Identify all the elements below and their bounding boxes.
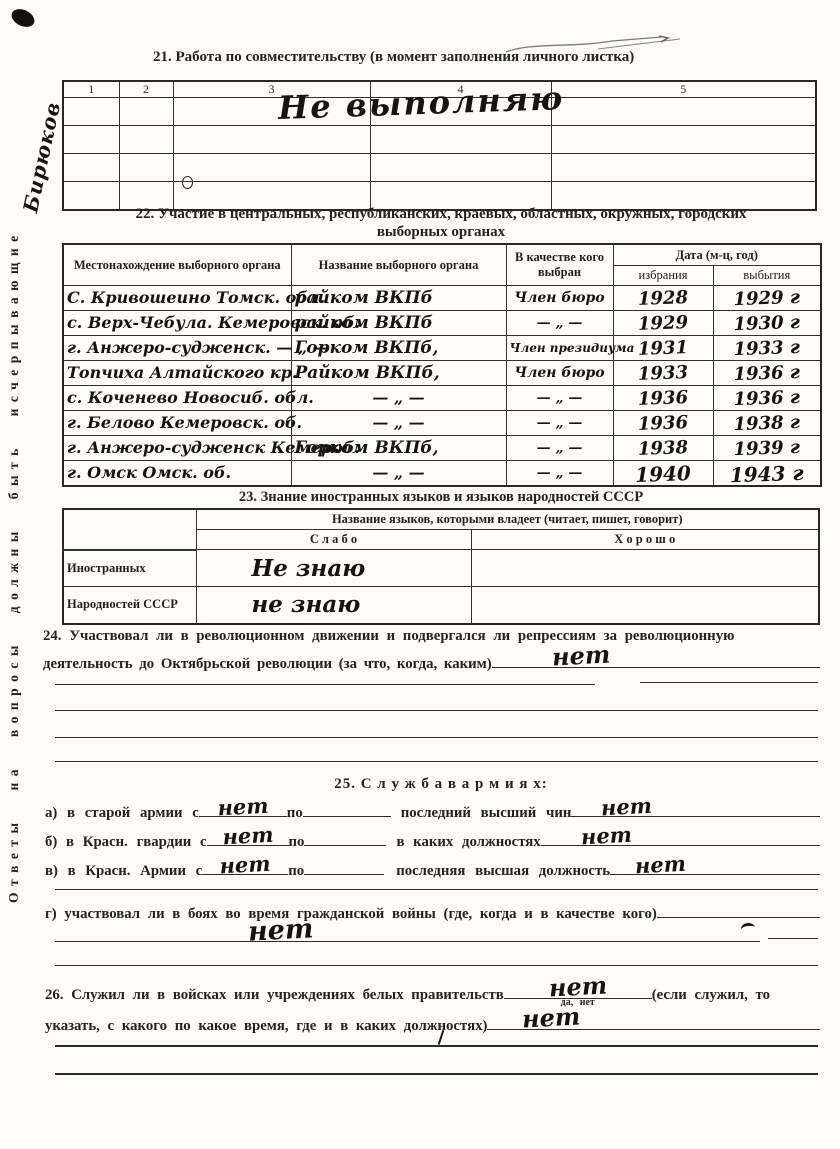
header-role: В качестве кого выбран [506, 244, 613, 286]
header-date: Дата (м-ц, год) [613, 244, 821, 266]
blank-rule [768, 938, 818, 939]
blank-line [303, 801, 391, 817]
table23-header-row: Название языков, которыми владеет (читае… [63, 509, 819, 530]
cell-place: с. Верх-Чебула. Кемеровск. об. [63, 311, 291, 336]
cell-organ: райком ВКПб [291, 311, 506, 336]
section22-table: Местонахождение выборного органа Названи… [62, 243, 822, 487]
col-number: 2 [119, 81, 173, 98]
section22-title-line2: выборных органах [62, 224, 820, 241]
cell-elected: 1931 [613, 334, 714, 362]
item-mid: по [289, 834, 305, 851]
cell-left: 1936 г [713, 384, 822, 413]
item-tail: последняя высшая должность [396, 863, 610, 880]
section24-text2: деятельность до Октябрьской революции (з… [43, 656, 492, 673]
header-left: выбытия [713, 266, 821, 286]
table-row [63, 154, 816, 182]
section24-line2: деятельность до Октябрьской революции (з… [43, 652, 820, 673]
cell-elected: 1936 [613, 409, 714, 437]
section23-table: Название языков, которыми владеет (читае… [62, 508, 820, 625]
section23-title: 23. Знание иностранных языков и языков н… [62, 489, 820, 506]
cell-place: г. Анжеро-судженск. — „ — [63, 336, 291, 361]
cell-left: 1938 г [713, 409, 822, 438]
section22-title: 22. Участие в центральных, республиканск… [62, 206, 820, 223]
row-label: Народностей СССР [63, 587, 196, 624]
item-prefix: б) в Красн. гвардии с [45, 834, 207, 851]
cell-role: Член президиума [506, 336, 613, 361]
header-place: Местонахождение выборного органа [63, 244, 291, 286]
cell-role: — „ — [506, 436, 613, 461]
cell-weak: Не знаю [196, 550, 471, 587]
item-prefix: в) в Красн. Армии с [45, 863, 202, 880]
cell-role: — „ — [506, 411, 613, 436]
item-g-text: г) участвовал ли в боях во время граждан… [45, 906, 657, 923]
row-label: Иностранных [63, 550, 196, 587]
answer-line: нет [202, 859, 288, 875]
cell-role: Член бюро [506, 286, 613, 311]
cell-place: с. Коченево Новосиб. обл. [63, 386, 291, 411]
cell-good [471, 587, 819, 624]
cell-good [471, 550, 819, 587]
answer-line: нет да, нет [504, 983, 652, 999]
section26-line1: 26. Служил ли в войсках или учреждениях … [45, 983, 820, 1004]
table-row: С. Кривошеино Томск. обл. райком ВКПб Чл… [63, 286, 821, 311]
blank-line [304, 830, 386, 846]
blank-rule [55, 761, 818, 762]
section26-line2: указать, с какого по какое время, где и … [45, 1014, 820, 1035]
blank-rule [55, 941, 760, 942]
margin-note-vertical: Ответы на вопросы должны быть исчерпываю… [6, 229, 22, 903]
section26-answer2: нет [522, 1001, 582, 1033]
cell-organ: Горком ВКПб, [291, 336, 506, 361]
blank-rule [55, 1045, 818, 1047]
cell-elected: 1933 [613, 359, 714, 387]
section25-item-b: б) в Красн. гвардии с нет по в каких дол… [45, 830, 820, 851]
col-number: 1 [63, 81, 119, 98]
header-weak: С л а б о [196, 530, 471, 550]
item-answer1: нет [202, 850, 289, 879]
section26-text1: 26. Служил ли в войсках или учреждениях … [45, 987, 504, 1004]
table-row: Иностранных Не знаю [63, 550, 819, 587]
item-tail: в каких должностях [396, 834, 540, 851]
blank-rule [55, 737, 818, 738]
cell-elected: 1938 [613, 434, 714, 462]
answer-line: нет [610, 859, 820, 875]
margin-signature: Бирюков [18, 99, 65, 214]
section25-item-a: а) в старой армии с нет по последний выс… [45, 801, 820, 822]
table-row: Топчиха Алтайского кр. Райком ВКПб, Член… [63, 361, 821, 386]
cell-organ: — „ — [291, 411, 506, 436]
item-tail: последний высший чин [401, 805, 572, 822]
item-answer1: нет [198, 792, 287, 822]
item-prefix: а) в старой армии с [45, 805, 199, 822]
table-row: с. Коченево Новосиб. обл. — „ — — „ — 19… [63, 386, 821, 411]
header-good: Х о р о ш о [471, 530, 819, 550]
header-elected: избрания [613, 266, 713, 286]
table-row: Народностей СССР не знаю [63, 587, 819, 624]
corner-ink-blot [9, 6, 38, 31]
answer-line: нет [487, 1014, 820, 1030]
blank-rule [55, 965, 818, 966]
cell-left: 1933 г [713, 334, 822, 363]
table-row [63, 126, 816, 154]
table-row: г. Анжеро-судженск Кемероб. Горком ВКПб,… [63, 436, 821, 461]
section24-answer: нет [551, 639, 611, 671]
table22-header-row: Местонахождение выборного органа Названи… [63, 244, 821, 266]
section24-line1: 24. Участвовал ли в революционном движен… [43, 628, 820, 645]
table-row: г. Омск Омск. об. — „ — — „ — 1940 1943 … [63, 461, 821, 487]
cell-place: г. Омск Омск. об. [63, 461, 291, 487]
cell-weak: не знаю [196, 587, 471, 624]
cell-place: г. Анжеро-судженск Кемероб. [63, 436, 291, 461]
item-mid: по [287, 805, 303, 822]
cell-role: — „ — [506, 461, 613, 487]
table-row: г. Анжеро-судженск. — „ — Горком ВКПб, Ч… [63, 336, 821, 361]
section25-title: 25. С л у ж б а в а р м и я х: [62, 776, 820, 793]
table-row: с. Верх-Чебула. Кемеровск. об. райком ВК… [63, 311, 821, 336]
cell-organ: райком ВКПб [291, 286, 506, 311]
item-answer2: нет [634, 851, 686, 879]
blank-rule [55, 889, 818, 890]
section24-answer-line: нет [492, 652, 820, 668]
header-languages: Название языков, которыми владеет (читае… [196, 509, 819, 530]
blank-rule [55, 710, 818, 711]
answer-line: нет [199, 801, 287, 817]
section21-title: 21. Работа по совместительству (в момент… [153, 49, 634, 66]
cell-place: г. Белово Кемеровск. об. [63, 411, 291, 436]
cell-organ: Райком ВКПб, [291, 361, 506, 386]
table-row: г. Белово Кемеровск. об. — „ — — „ — 193… [63, 411, 821, 436]
cell-left: 1930 г [713, 309, 822, 338]
cell-organ: — „ — [291, 461, 506, 487]
cell-left: 1939 г [713, 434, 822, 463]
blank-rule [55, 1073, 818, 1075]
section25-item-g: г) участвовал ли в боях во время граждан… [45, 902, 820, 923]
section25-answer-g: нет [247, 913, 314, 947]
cell-left: 1929 г [713, 284, 822, 313]
section26-text2: указать, с какого по какое время, где и … [45, 1018, 487, 1035]
cell-role: — „ — [506, 386, 613, 411]
cell-left: 1943 г [713, 459, 822, 488]
item-answer2: нет [601, 793, 653, 821]
cell-organ: — „ — [291, 386, 506, 411]
item-mid: по [288, 863, 304, 880]
cell-place: Топчиха Алтайского кр. [63, 361, 291, 386]
col-number: 5 [551, 81, 816, 98]
item-answer2: нет [580, 822, 632, 850]
answer-line: нет [207, 830, 289, 846]
blank-line [304, 859, 384, 875]
stray-arc [740, 922, 755, 935]
cell-organ: Горком ВКПб, [291, 436, 506, 461]
answer-line: нет [571, 801, 820, 817]
cell-elected: 1929 [613, 309, 714, 337]
header-organ: Название выборного органа [291, 244, 506, 286]
item-answer1: нет [206, 821, 289, 850]
cell-role: Член бюро [506, 361, 613, 386]
blank-line [657, 902, 820, 918]
answer-line: нет [541, 830, 820, 846]
cell-elected: 1940 [613, 459, 714, 488]
cell-left: 1936 г [713, 359, 822, 388]
blank-rule [55, 684, 595, 685]
cell-place: С. Кривошеино Томск. обл. [63, 286, 291, 311]
section26-text1b: (если служил, то [652, 987, 770, 1004]
section24-text1: 24. Участвовал ли в революционном движен… [43, 628, 734, 645]
section25-item-v: в) в Красн. Армии с нет по последняя выс… [45, 859, 820, 880]
cell-elected: 1928 [613, 284, 714, 312]
cell-elected: 1936 [613, 384, 714, 412]
cell-role: — „ — [506, 311, 613, 336]
blank-rule [640, 682, 818, 683]
